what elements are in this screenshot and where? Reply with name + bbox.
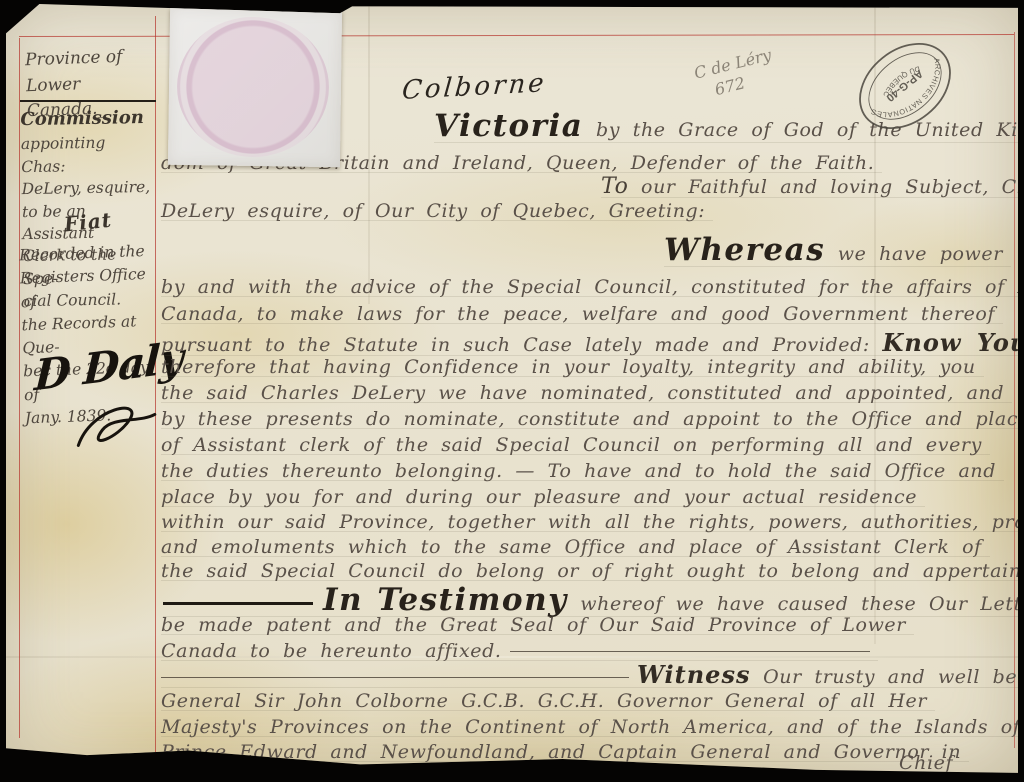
text-run: of Assistant clerk of the said Special C… [161,434,982,456]
body-line-3: DeLery esquire, of Our City of Quebec, G… [161,200,705,222]
text-run: Victoria [434,108,583,144]
body-line-12: the duties thereunto belonging. — To hav… [161,460,996,482]
text-run: Know You [883,328,1024,357]
body-line-24: Chief [899,752,953,774]
wafer-seal [168,8,342,167]
inline-rule [510,651,870,652]
text-run: Our trusty and well beloved Lieutenant- [750,666,1024,688]
body-line-9: the said Charles DeLery we have nominate… [161,382,1004,404]
body-line-15: and emoluments which to the same Office … [161,536,982,558]
text-run: Witness [637,660,750,689]
document-paper: Province of Lower Canada._ Commissionapp… [6,4,1018,776]
body-line-6: Canada, to make laws for the peace, welf… [161,303,995,325]
text-run: DeLery esquire, of Our City of Quebec, G… [161,200,705,222]
text-run: whereof we have caused these Our Letters… [568,593,1024,615]
text-run: Majesty's Provinces on the Continent of … [161,716,1020,738]
body-line-16: the said Special Council do belong or of… [161,560,1024,582]
body-line-18: be made patent and the Great Seal of Our… [161,614,906,636]
text-run: Canada, to make laws for the peace, welf… [161,303,995,325]
text-run: the said Charles DeLery we have nominate… [161,382,1004,404]
body-line-0: Victoria by the Grace of God of the Unit… [434,108,1024,144]
text-run: Chief [899,752,953,774]
body-line-7: pursuant to the Statute in such Case lat… [161,328,1024,357]
text-run: Prince Edward and Newfoundland, and Capt… [161,741,961,763]
text-run: place by you for and during our pleasure… [161,486,917,508]
body-line-5: by and with the advice of the Special Co… [161,276,1024,298]
text-run: be made patent and the Great Seal of Our… [161,614,906,636]
text-run: pursuant to the Statute in such Case lat… [161,334,883,356]
body-line-11: of Assistant clerk of the said Special C… [161,434,982,456]
text-run: In Testimony [323,582,568,618]
body-line-22: Majesty's Provinces on the Continent of … [161,716,1020,738]
text-run: the duties thereunto belonging. — To hav… [161,460,996,482]
text-run: Whereas [664,232,825,268]
text-run: by these presents do nominate, constitut… [161,408,1024,430]
body-line-13: place by you for and during our pleasure… [161,486,917,508]
text-run: and emoluments which to the same Office … [161,536,982,558]
body-line-23: Prince Edward and Newfoundland, and Capt… [161,741,961,763]
text-run: To [601,174,628,199]
body-line-21: General Sir John Colborne G.C.B. G.C.H. … [161,690,927,712]
body-line-19: Canada to be hereunto affixed. [161,640,870,662]
text-run: the said Special Council do belong or of… [161,560,1024,582]
body-line-20: Witness Our trusty and well beloved Lieu… [161,660,1024,689]
text-run: by and with the advice of the Special Co… [161,276,1024,298]
body-line-17: In Testimony whereof we have caused thes… [163,582,1024,618]
body-line-10: by these presents do nominate, constitut… [161,408,1024,430]
inline-rule [163,602,313,605]
inline-rule [161,677,629,678]
text-run: within our said Province, together with … [161,511,1024,533]
body-line-4: Whereas we have power [664,232,1003,268]
text-run: by the Grace of God of the United King- [583,119,1024,141]
body-line-2: To our Faithful and loving Subject, Char… [601,174,1024,199]
text-run: therefore that having Confidence in your… [161,356,976,378]
body-line-8: therefore that having Confidence in your… [161,356,976,378]
text-run: Canada to be hereunto affixed. [161,640,502,662]
text-run: our Faithful and loving Subject, Charles [628,176,1024,198]
text-run: General Sir John Colborne G.C.B. G.C.H. … [161,690,927,712]
body-line-14: within our said Province, together with … [161,511,1024,533]
photo-background: Province of Lower Canada._ Commissionapp… [0,0,1024,782]
text-run: we have power [825,243,1003,265]
seal-impression [176,16,330,158]
